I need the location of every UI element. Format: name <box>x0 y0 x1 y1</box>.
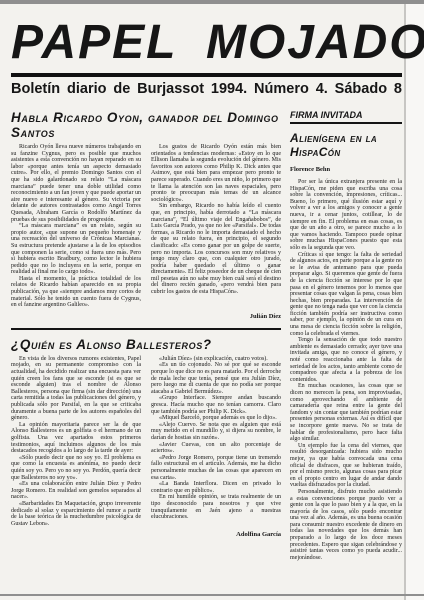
page-body: Habla Ricardo Oyon, ganador del Domingo … <box>11 110 402 561</box>
section-divider-rule <box>11 328 281 330</box>
paragraph: «Pedro Jorge Romero, porque tiene un tre… <box>151 455 281 481</box>
paragraph: «Es un tío cojonudo. No sé por qué se es… <box>151 362 281 395</box>
article-ricardo-text: Ricardo Oyón lleva nueve números trabaja… <box>11 144 281 309</box>
scan-margin-right <box>406 4 424 600</box>
masthead: PAPEL MOJADO Boletín diario de Burjassot… <box>11 16 402 97</box>
scan-edge-top <box>0 0 424 4</box>
paragraph: Los gustos de Ricardo Oyón están más bie… <box>151 144 281 203</box>
paragraph: «Sólo puedo decir que no soy yo. El prob… <box>11 455 141 481</box>
paragraph: Personalmente, disfruto mucho asistiendo… <box>290 489 402 562</box>
article-ricardo-oyon: Habla Ricardo Oyon, ganador del Domingo … <box>11 110 281 320</box>
paragraph: Ricardo Oyón lleva nueve números trabaja… <box>11 144 141 223</box>
guest-column-author: Florence Behn <box>290 166 402 173</box>
paragraph: Tengo la sensación de que todo nuestro a… <box>290 337 402 383</box>
paragraph: Sin embargo, Ricardo no había leído el c… <box>151 203 281 295</box>
guest-column: FIRMA INVITADA Alienígena en la HispaCón… <box>290 110 402 561</box>
paragraph: “La máscara marciana” es un relato, segú… <box>11 223 141 276</box>
fanzine-page: PAPEL MOJADO Boletín diario de Burjassot… <box>0 0 424 600</box>
guest-column-kicker: FIRMA INVITADA <box>290 110 402 124</box>
article-alonso-ballesteros: ¿Quién es Alonso Ballesteros? En vista d… <box>11 337 281 538</box>
paragraph: En muchas ocasiones, las cosas que se di… <box>290 383 402 442</box>
guest-column-text: Por ser la única extranjera presente en … <box>290 179 402 561</box>
article-alonso-headline: ¿Quién es Alonso Ballesteros? <box>11 337 281 352</box>
paragraph: Un ejemplo fue la cena del viernes, que … <box>290 443 402 489</box>
paragraph: «Barbaridades En Maquetación, grupo irre… <box>11 501 141 527</box>
paragraph: En mi humilde opinión, se trata realment… <box>151 494 281 520</box>
paragraph: «Julián Díez» (sin explicación, cuatro v… <box>151 356 281 363</box>
paragraph: «Miquel Barceló, porque además es que lo… <box>151 415 281 422</box>
paragraph: En vista de los diversos rumores existen… <box>11 356 141 422</box>
paragraph: «Grupo Interface. Siempre andan buscando… <box>151 395 281 415</box>
guest-column-title: Alienígena en la HispaCón <box>290 131 402 159</box>
page-title: PAPEL MOJADO <box>11 16 402 77</box>
paragraph: «Es una colaboración entre Julián Díez y… <box>11 481 141 501</box>
paragraph: «Alejo Cuervo. Se nota que es alguien qu… <box>151 422 281 442</box>
article-ricardo-headline: Habla Ricardo Oyon, ganador del Domingo … <box>11 110 281 140</box>
paragraph: «Javier Cuevas, con un alto porcentaje d… <box>151 442 281 455</box>
paragraph: Por ser la única extranjera presente en … <box>290 179 402 252</box>
footer-rule <box>0 594 424 596</box>
page-subtitle: Boletín diario de Burjassot 1994. Número… <box>11 81 402 97</box>
article-alonso-text: En vista de los diversos rumores existen… <box>11 356 281 527</box>
paragraph: Hasta el momento, la práctica totalidad … <box>11 276 141 309</box>
article-ricardo-byline: Julián Díez <box>11 313 281 320</box>
scan-edge-right-line <box>404 4 406 600</box>
paragraph: Críticas sí que tengo: la falta de serie… <box>290 252 402 338</box>
paragraph: «La Banda Interflora. Dicen en privado l… <box>151 481 281 494</box>
article-alonso-byline: Adolfina García <box>11 531 281 538</box>
paragraph: La opinión mayoritaria parece ser la de … <box>11 422 141 455</box>
main-articles-section: Habla Ricardo Oyon, ganador del Domingo … <box>11 110 281 561</box>
